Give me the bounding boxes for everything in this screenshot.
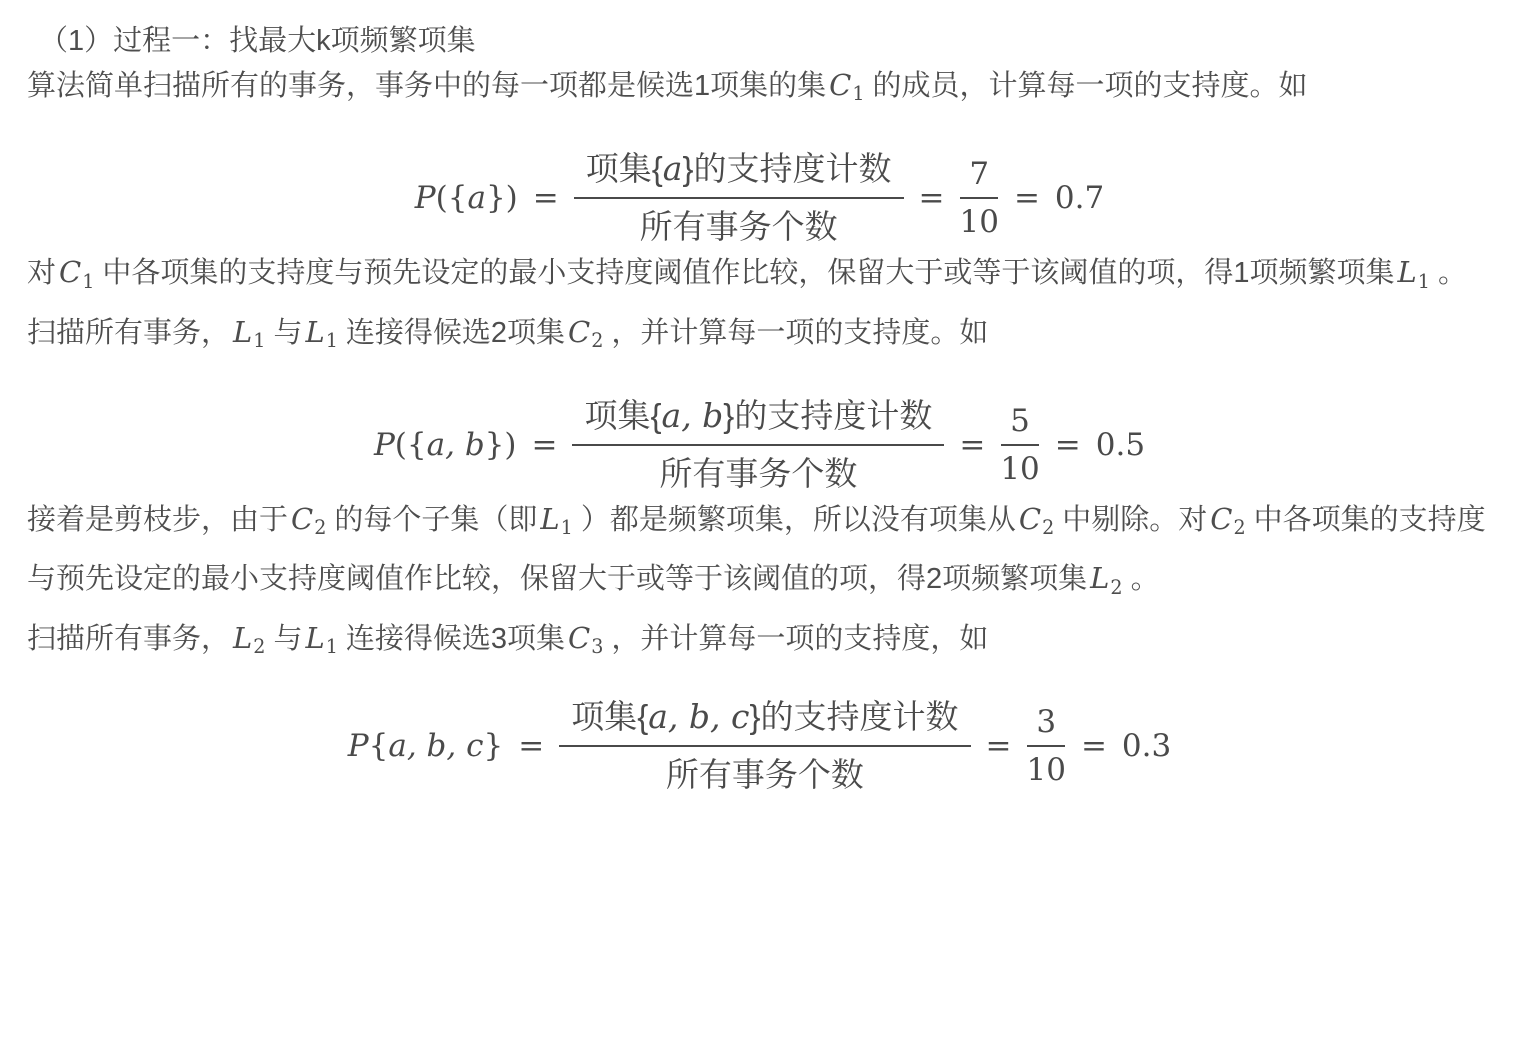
math-symbol-C1: C1	[59, 255, 94, 289]
math-symbol-C3: C3	[568, 621, 603, 655]
math-symbol-L1: L1	[540, 502, 572, 536]
formula-lhs: P({a})	[415, 180, 518, 216]
math-close: }	[483, 728, 503, 764]
formula-result: 0.3	[1122, 728, 1171, 764]
math-subscript: 1	[852, 82, 864, 105]
math-letter: C	[829, 68, 851, 102]
math-subscript: 1	[82, 270, 94, 293]
text-segment: ，并计算每一项的支持度，如	[611, 623, 988, 655]
equals-sign: =	[1055, 427, 1081, 463]
math-symbol-L2: L2	[1090, 561, 1122, 595]
fraction-denominator: 所有事务个数	[666, 747, 864, 795]
fraction-numerator: 项集{a, b}的支持度计数	[572, 396, 944, 446]
formula-support-abc: P{a, b, c} = 项集{a, b, c}的支持度计数 所有事务个数 = …	[27, 697, 1492, 795]
math-args: a	[467, 180, 485, 216]
fraction-numerator: 项集{a}的支持度计数	[574, 149, 904, 199]
text-segment: 中各项集的支持度与预先设定的最小支持度阈值作比较，保留大于或等于该阈值的项，得1…	[102, 257, 1394, 289]
equals-sign: =	[959, 427, 985, 463]
formula-lhs: P({a, b})	[374, 427, 517, 463]
text-segment: 接着是剪枝步，由于	[27, 504, 288, 536]
text-segment: 对	[27, 257, 56, 289]
fraction-denominator: 10	[1000, 446, 1039, 487]
fraction: 项集{a}的支持度计数 所有事务个数	[574, 149, 904, 247]
text-segment: }的支持度计数	[723, 397, 932, 434]
text-segment: 项集{	[586, 150, 663, 187]
equals-sign: =	[919, 180, 945, 216]
formula-support-ab: P({a, b}) = 项集{a, b}的支持度计数 所有事务个数 = 5 10…	[27, 396, 1492, 494]
fraction: 项集{a, b, c}的支持度计数 所有事务个数	[559, 697, 970, 795]
math-letter: C	[568, 315, 590, 349]
math-args: a, b, c	[648, 697, 749, 736]
text-segment: 扫描所有事务，	[27, 623, 230, 655]
math-close: })	[486, 180, 518, 216]
paragraph-threshold-l1: 对C1中各项集的支持度与预先设定的最小支持度阈值作比较，保留大于或等于该阈值的项…	[27, 247, 1492, 306]
text-segment: 项集{	[584, 397, 661, 434]
math-letter: L	[1090, 561, 1109, 595]
math-subscript: 2	[1042, 516, 1054, 539]
math-symbol-L2: L2	[233, 621, 265, 655]
math-symbol-L1: L1	[233, 315, 265, 349]
math-symbol-L1: L1	[305, 621, 337, 655]
math-open: ({	[395, 427, 427, 463]
math-open: {	[369, 728, 389, 764]
math-subscript: 2	[591, 329, 603, 352]
document-page: （1）过程一：找最大k项频繁项集 算法简单扫描所有的事务，事务中的每一项都是候选…	[0, 0, 1519, 795]
math-symbol-L1: L1	[1398, 255, 1430, 289]
math-subscript: 2	[314, 516, 326, 539]
math-letter: L	[233, 315, 252, 349]
math-subscript: 2	[1110, 576, 1122, 599]
text-segment: ，并计算每一项的支持度。如	[611, 317, 988, 349]
fraction-denominator: 所有事务个数	[640, 199, 838, 247]
math-symbol-C2: C2	[1210, 502, 1245, 536]
math-subscript: 2	[1233, 516, 1245, 539]
text-segment: 。	[1438, 257, 1467, 289]
text-segment: 。	[1131, 563, 1160, 595]
text-segment: 与	[273, 623, 302, 655]
fraction-numerator: 项集{a, b, c}的支持度计数	[559, 697, 970, 747]
text-segment: 项集{	[571, 698, 648, 735]
text-segment: 中剔除。对	[1062, 504, 1207, 536]
text-segment: }的支持度计数	[749, 698, 958, 735]
text-segment: 连接得候选2项集	[346, 317, 565, 349]
paragraph-prune-l2: 接着是剪枝步，由于C2的每个子集（即L1）都是频繁项集，所以没有项集从C2中剔除…	[27, 494, 1492, 613]
equals-sign: =	[1014, 180, 1040, 216]
math-letter: C	[568, 621, 590, 655]
math-args: a, b	[662, 396, 724, 435]
text-segment: 算法简单扫描所有的事务，事务中的每一项都是候选1项集的集	[27, 70, 826, 102]
text-segment: 扫描所有事务，	[27, 317, 230, 349]
math-subscript: 1	[326, 635, 338, 658]
math-open: ({	[436, 180, 468, 216]
fraction-denominator: 所有事务个数	[659, 446, 857, 494]
math-letter: L	[233, 621, 252, 655]
math-subscript: 1	[1418, 270, 1430, 293]
math-subscript: 1	[561, 516, 573, 539]
math-letter: C	[1019, 502, 1041, 536]
math-symbol-C2: C2	[568, 315, 603, 349]
math-args: a	[663, 149, 683, 188]
paragraph-scan-c2: 扫描所有事务，L1与L1连接得候选2项集C2，并计算每一项的支持度。如	[27, 307, 1492, 366]
formula-result: 0.5	[1096, 427, 1145, 463]
paragraph-scan-c3: 扫描所有事务，L2与L1连接得候选3项集C3，并计算每一项的支持度，如	[27, 613, 1492, 672]
math-letter: L	[305, 315, 324, 349]
fraction-numerator: 3	[1027, 704, 1065, 747]
equals-sign: =	[532, 427, 558, 463]
math-subscript: 1	[253, 329, 265, 352]
equals-sign: =	[533, 180, 559, 216]
equals-sign: =	[1081, 728, 1107, 764]
paragraph-scan-c1: 算法简单扫描所有的事务，事务中的每一项都是候选1项集的集C1的成员，计算每一项的…	[27, 60, 1492, 119]
fraction-denominator: 10	[1026, 747, 1065, 788]
fraction-numerator: 5	[1001, 403, 1039, 446]
math-letter: L	[540, 502, 559, 536]
math-letter: C	[59, 255, 81, 289]
math-subscript: 1	[326, 329, 338, 352]
text-segment: 的成员，计算每一项的支持度。如	[873, 70, 1308, 102]
math-letter: C	[1210, 502, 1232, 536]
section-title: （1）过程一：找最大k项频繁项集	[39, 22, 1492, 60]
text-segment: 连接得候选3项集	[346, 623, 565, 655]
numeric-fraction: 7 10	[959, 156, 998, 240]
math-symbol-L1: L1	[305, 315, 337, 349]
math-letter: L	[305, 621, 324, 655]
text-segment: 与	[273, 317, 302, 349]
math-args: a, b, c	[388, 728, 483, 764]
math-symbol-C2: C2	[291, 502, 326, 536]
fraction-numerator: 7	[960, 156, 998, 199]
formula-support-a: P({a}) = 项集{a}的支持度计数 所有事务个数 = 7 10 = 0.7	[27, 149, 1492, 247]
fraction: 项集{a, b}的支持度计数 所有事务个数	[572, 396, 944, 494]
math-symbol-C1: C1	[829, 68, 864, 102]
math-letter: L	[1398, 255, 1417, 289]
equals-sign: =	[518, 728, 544, 764]
math-symbol-C2: C2	[1019, 502, 1054, 536]
math-letter: P	[415, 180, 436, 216]
text-segment: }的支持度计数	[682, 150, 891, 187]
formula-lhs: P{a, b, c}	[348, 728, 503, 764]
fraction-denominator: 10	[959, 199, 998, 240]
formula-result: 0.7	[1055, 180, 1104, 216]
math-letter: P	[374, 427, 395, 463]
math-subscript: 2	[253, 635, 265, 658]
text-segment: 的每个子集（即	[334, 504, 537, 536]
text-segment: ）都是频繁项集，所以没有项集从	[581, 504, 1016, 536]
numeric-fraction: 5 10	[1000, 403, 1039, 487]
math-args: a, b	[427, 427, 485, 463]
math-close: })	[485, 427, 517, 463]
math-subscript: 3	[591, 635, 603, 658]
equals-sign: =	[986, 728, 1012, 764]
numeric-fraction: 3 10	[1026, 704, 1065, 788]
math-letter: P	[348, 728, 369, 764]
math-letter: C	[291, 502, 313, 536]
